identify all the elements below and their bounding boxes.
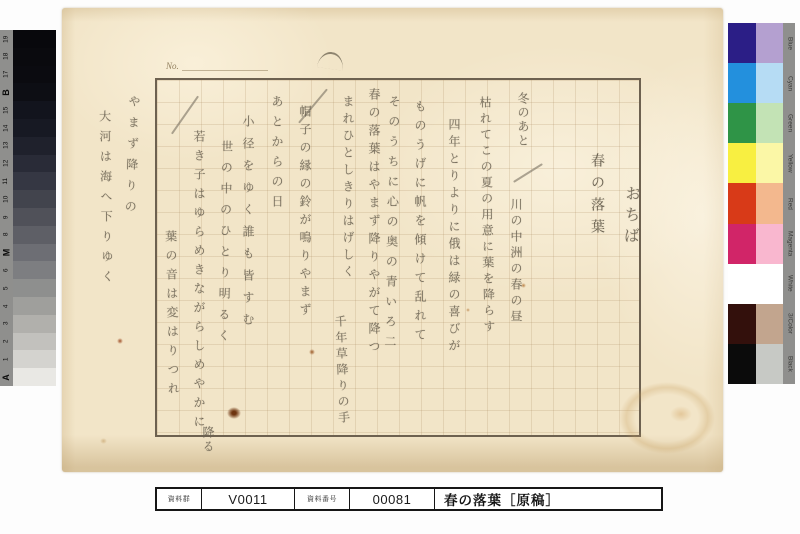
no-underline (182, 62, 268, 71)
color-patch-tint (756, 344, 783, 384)
handwriting-column: ものうげに帆を傾けて乱れて (414, 100, 426, 347)
color-patch-solid (728, 344, 756, 384)
scanned-archive-image: 19 18 17 B 15 14 13 12 11 10 9 8 M 6 5 4… (0, 0, 800, 534)
grayscale-step-label: 10 (3, 195, 10, 202)
manuscript-paper: No. おちば 春の落葉 冬のあと 川の中洲の春の昼 枯れてこの夏の用意に葉を降… (62, 8, 723, 472)
color-label-strip: Blue Cyan Green Yellow Red Magenta White… (783, 23, 795, 384)
gray-patch (13, 137, 56, 155)
gray-patch (13, 172, 56, 190)
grayscale-patches (13, 30, 56, 386)
color-calibration-bar: Blue Cyan Green Yellow Red Magenta White… (728, 23, 795, 384)
handwriting-column: 冬のあと (517, 92, 529, 148)
handwriting-column: まれひとしきりはげしく (342, 95, 354, 282)
ink-stain (309, 349, 315, 355)
color-row-label: Black (786, 356, 793, 372)
grayscale-step-label: 17 (3, 71, 10, 78)
gray-patch (13, 226, 56, 244)
grayscale-step-label: 12 (3, 160, 10, 167)
color-row-label: White (786, 275, 793, 292)
handwriting-column: 降る (202, 426, 214, 454)
preprinted-no-field: No. (166, 62, 268, 71)
color-patch-tint (756, 103, 783, 143)
color-row-label: Red (786, 198, 793, 210)
item-number-value: 00081 (350, 489, 435, 509)
color-patch-tint (756, 143, 783, 183)
catalog-label-bar: 資料群 V0011 資料番号 00081 春の落葉［原稿］ (155, 487, 663, 511)
grayscale-step-label: B (2, 89, 11, 96)
handwriting-column: 春の落葉はやまず降りやがて降つ (368, 88, 380, 358)
grayscale-calibration-bar: 19 18 17 B 15 14 13 12 11 10 9 8 M 6 5 4… (0, 30, 56, 386)
grayscale-step-label: 4 (3, 304, 10, 308)
color-patch-solid (728, 143, 756, 183)
color-row-label: Cyan (786, 76, 793, 91)
grayscale-step-label: 1 (3, 357, 10, 361)
handwriting-column: 帽子の縁の鈴が鳴りやまず (299, 105, 311, 321)
ink-stain (466, 308, 470, 312)
color-patches (728, 23, 783, 384)
color-patch-solid (728, 264, 756, 304)
grayscale-step-label: 11 (3, 178, 10, 185)
grayscale-step-label: 14 (3, 124, 10, 131)
water-stain-ring (607, 373, 727, 463)
grayscale-step-label: 9 (3, 215, 10, 219)
color-patch-tint (756, 224, 783, 264)
gray-patch (13, 101, 56, 119)
item-title: 春の落葉［原稿］ (435, 489, 661, 509)
ink-stain (227, 407, 241, 419)
margin-annotation: おちば (621, 185, 639, 249)
handwriting-column: 川の中洲の春の昼 (510, 198, 522, 326)
handwriting-column: やまず降りの (124, 95, 140, 221)
color-patch-tint (756, 183, 783, 223)
collection-group-label: 資料群 (157, 489, 202, 509)
color-row-label: Yellow (786, 154, 793, 173)
ink-stain (100, 438, 107, 444)
color-patch-solid (728, 103, 756, 143)
color-patch-tint (756, 23, 783, 63)
gray-patch (13, 155, 56, 173)
handwriting-column: 世の中のひとり明るく (217, 140, 233, 350)
grayscale-step-label: 3 (3, 322, 10, 326)
gray-patch (13, 66, 56, 84)
color-patch-solid (728, 183, 756, 223)
no-label-text: No. (166, 62, 179, 71)
gray-patch (13, 208, 56, 226)
gray-patch (13, 119, 56, 137)
grayscale-step-label: 5 (3, 286, 10, 290)
grayscale-step-label: A (2, 374, 11, 381)
grayscale-label-strip: 19 18 17 B 15 14 13 12 11 10 9 8 M 6 5 4… (0, 30, 13, 386)
gray-patch (13, 315, 56, 333)
grayscale-step-label: 2 (3, 340, 10, 344)
grayscale-step-label: 13 (3, 142, 10, 149)
handwriting-column: 大河は海へ下りゆく (98, 110, 113, 290)
color-patch-solid (728, 63, 756, 103)
gray-patch (13, 261, 56, 279)
ink-stain (117, 338, 123, 344)
gray-patch (13, 244, 56, 262)
grayscale-step-label: 8 (3, 233, 10, 237)
collection-group-value: V0011 (202, 489, 295, 509)
color-patch-tint (756, 264, 783, 304)
grayscale-step-label: M (2, 249, 11, 257)
gray-patch (13, 190, 56, 208)
color-row-label: 3/Color (786, 313, 793, 334)
handwriting-column: 若き子はゆらめきながらしめやかに (193, 130, 205, 434)
handwriting-column: あとからの日 (271, 95, 283, 215)
gray-patch (13, 297, 56, 315)
handwriting-column: 葉の音は変はりつれ (165, 230, 180, 401)
color-patch-solid (728, 304, 756, 344)
grayscale-step-label: 6 (3, 268, 10, 272)
color-patch-solid (728, 224, 756, 264)
gray-patch (13, 368, 56, 386)
gray-patch (13, 48, 56, 66)
pencil-arc-mark (317, 50, 345, 70)
color-row-label: Magenta (786, 231, 793, 256)
gray-patch (13, 30, 56, 48)
gray-patch (13, 83, 56, 101)
handwriting-column: 四年とりよりに俄は緑の喜びが (448, 118, 460, 356)
item-number-label: 資料番号 (295, 489, 350, 509)
color-patch-tint (756, 63, 783, 103)
ink-stain (670, 406, 692, 422)
gray-patch (13, 279, 56, 297)
handwriting-column: 千年草降りの手 (334, 315, 350, 427)
grayscale-step-label: 15 (3, 106, 10, 113)
manuscript-title-vertical: 春の落葉 (591, 153, 605, 241)
handwriting-column: 小径をゆく誰も皆すむ (242, 115, 254, 335)
color-row-label: Blue (786, 37, 793, 50)
grayscale-step-label: 19 (3, 35, 10, 42)
grayscale-step-label: 18 (3, 53, 10, 60)
color-row-label: Green (786, 114, 793, 132)
gray-patch (13, 333, 56, 351)
color-patch-solid (728, 23, 756, 63)
gray-patch (13, 350, 56, 368)
color-patch-tint (756, 304, 783, 344)
